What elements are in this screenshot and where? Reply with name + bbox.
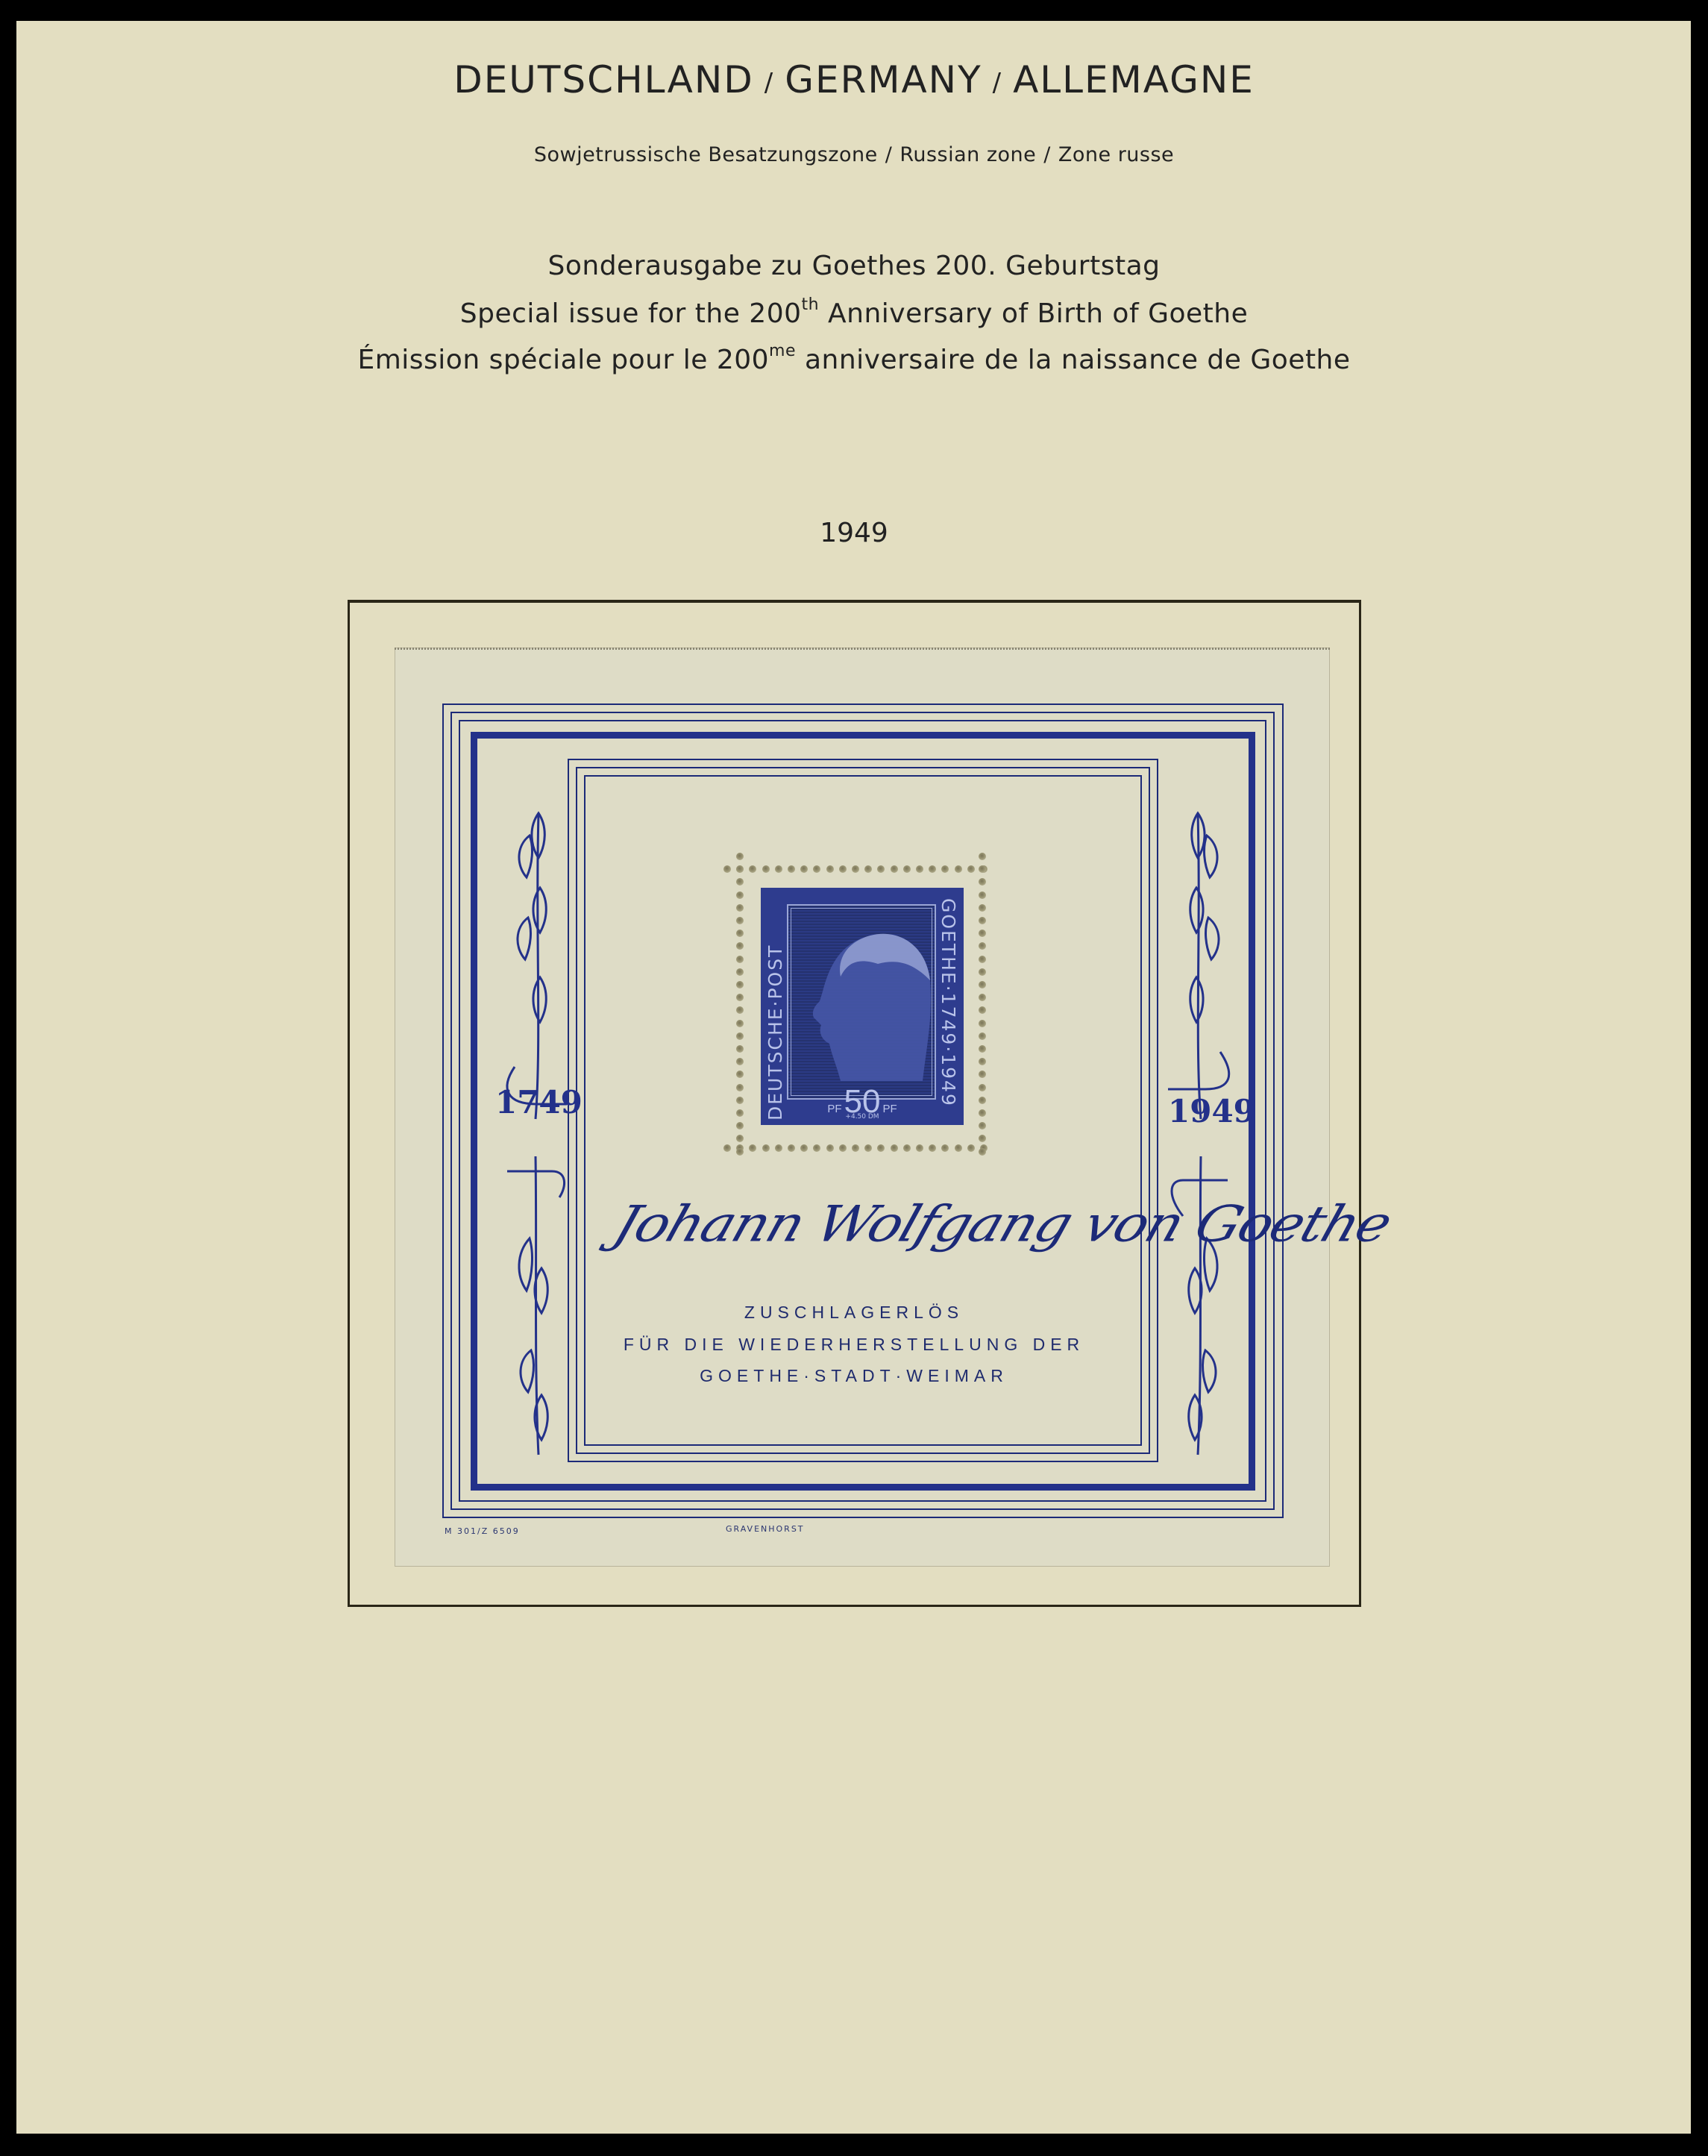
issue-fr-text: Émission spéciale pour le 200 — [357, 345, 769, 375]
perforation-hole — [723, 865, 731, 873]
perforation-hole — [916, 1144, 923, 1152]
perforation-hole — [775, 1144, 782, 1152]
subtitle-en: Russian zone — [899, 143, 1036, 166]
title-separator: / — [993, 68, 1002, 98]
sheet-inscription-line: ZUSCHLAGERLÖS — [0, 1303, 1708, 1323]
perforation-hole — [788, 865, 795, 873]
perforation-hole — [967, 1144, 975, 1152]
page-title: DEUTSCHLAND/GERMANY/ALLEMAGNE — [0, 58, 1708, 101]
perforation-hole — [736, 1148, 744, 1156]
perforation-hole — [967, 865, 975, 873]
title-de: DEUTSCHLAND — [453, 58, 754, 101]
perforation-hole — [736, 1020, 744, 1027]
perforation-hole — [916, 865, 923, 873]
issue-title-de: Sonderausgabe zu Goethes 200. Geburtstag — [0, 251, 1708, 281]
perforation-hole — [839, 1144, 847, 1152]
sheet-date-right: 1949 — [1168, 1093, 1255, 1129]
ordinal-suffix: me — [769, 342, 796, 360]
stamp-surcharge: +4.50 DM — [761, 1113, 964, 1121]
perforation-hole — [979, 1097, 986, 1104]
title-separator: / — [764, 68, 774, 98]
subtitle-separator: / — [885, 143, 893, 166]
perforation-hole — [852, 1144, 859, 1152]
perforation-hole — [979, 1045, 986, 1053]
goethe-portrait-icon — [788, 906, 935, 1098]
perforation-hole — [736, 853, 744, 860]
perforation-hole — [979, 1020, 986, 1027]
perforation-hole — [979, 968, 986, 976]
goethe-signature: Johann Wolfgang von Goethe — [606, 1195, 1398, 1253]
perforation-hole — [891, 865, 898, 873]
ordinal-suffix: th — [802, 295, 820, 314]
perforation-hole — [826, 1144, 834, 1152]
perforation-hole — [775, 865, 782, 873]
subtitle-separator: / — [1043, 143, 1051, 166]
perforation-hole — [979, 1148, 986, 1156]
sheet-date-left: 1749 — [495, 1084, 583, 1121]
title-fr: ALLEMAGNE — [1013, 58, 1255, 101]
perforation-hole — [979, 1084, 986, 1091]
perforation-hole — [736, 1109, 744, 1117]
perforation-hole — [736, 968, 744, 976]
perforation-hole — [979, 853, 986, 860]
issue-en-text: Special issue for the 200 — [460, 298, 802, 329]
perforation-hole — [762, 865, 770, 873]
issue-year: 1949 — [0, 518, 1708, 548]
perforation-hole — [852, 865, 859, 873]
perforation-hole — [736, 904, 744, 912]
perforation-hole — [979, 956, 986, 963]
sheet-inscription-line: FÜR DIE WIEDERHERSTELLUNG DER — [0, 1335, 1708, 1355]
perforation-hole — [723, 1144, 731, 1152]
issue-fr-text-rest: anniversaire de la naissance de Goethe — [796, 345, 1351, 375]
printer-name: GRAVENHORST — [726, 1524, 805, 1534]
perforation-hole — [955, 1144, 962, 1152]
perforation-hole — [903, 1144, 911, 1152]
perforation-hole — [736, 1097, 744, 1104]
perforation-hole — [979, 1032, 986, 1040]
title-en: GERMANY — [785, 58, 982, 101]
perforation-hole — [979, 1109, 986, 1117]
portrait-frame — [787, 904, 936, 1100]
issue-title-fr: Émission spéciale pour le 200me annivers… — [0, 345, 1708, 375]
page-subtitle: Sowjetrussische Besatzungszone/Russian z… — [0, 143, 1708, 166]
perforation-hole — [979, 891, 986, 899]
perforation-hole — [736, 891, 744, 899]
perforation-hole — [788, 1144, 795, 1152]
perforation-hole — [736, 956, 744, 963]
perforation-hole — [736, 1084, 744, 1091]
subtitle-de: Sowjetrussische Besatzungszone — [534, 143, 878, 166]
perforation-hole — [826, 865, 834, 873]
perforation-hole — [736, 1045, 744, 1053]
perforation-hole — [891, 1144, 898, 1152]
goethe-stamp: DEUTSCHE·POST GOETHE·1749·1949 PF50PF +4… — [761, 888, 964, 1125]
stamp-dates-text: GOETHE·1749·1949 — [938, 898, 959, 1107]
perforation-hole — [903, 865, 911, 873]
perforation-hole — [736, 981, 744, 988]
perforation-hole — [762, 1144, 770, 1152]
subtitle-fr: Zone russe — [1058, 143, 1174, 166]
perforation-hole — [979, 917, 986, 924]
perforation-hole — [979, 904, 986, 912]
printer-code: M 301/Z 6509 — [445, 1526, 520, 1536]
perforation-hole — [839, 865, 847, 873]
perforation-hole — [736, 1032, 744, 1040]
issue-en-text-rest: Anniversary of Birth of Goethe — [819, 298, 1248, 329]
perforation-hole — [979, 981, 986, 988]
perforation-hole — [736, 917, 744, 924]
perforation-hole — [955, 865, 962, 873]
sheet-inscription-line: GOETHE·STADT·WEIMAR — [0, 1366, 1708, 1386]
issue-title-en: Special issue for the 200th Anniversary … — [0, 298, 1708, 329]
